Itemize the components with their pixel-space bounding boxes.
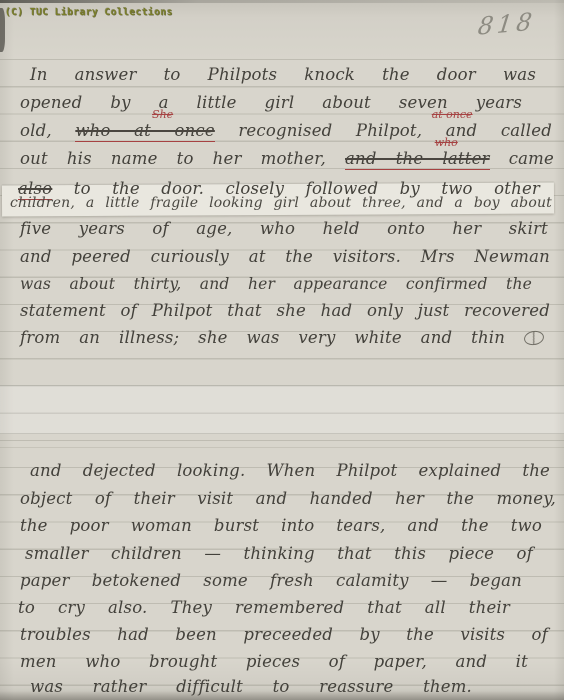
struck-through-text: and the latter: [345, 149, 490, 170]
manuscript-line: was about thirty, and her appearance con…: [20, 276, 532, 292]
handwritten-text: In answer to Philpots knock the door was: [30, 65, 536, 84]
handwritten-text: to cry also. They remembered that all th…: [18, 598, 510, 617]
manuscript-line: paper betokened some fresh calamity — be…: [20, 572, 522, 589]
handwritten-text: troubles had been preceeded by the visit…: [20, 625, 548, 644]
struck-through-text: who at once: [75, 121, 215, 142]
handwritten-text: men who brought pieces of paper, and it: [20, 652, 528, 671]
handwritten-text: the poor woman burst into tears, and the…: [20, 516, 542, 535]
manuscript-line: and peered curiously at the visitors. Mr…: [20, 248, 550, 265]
handwritten-text: and dejected looking. When Philpot expla…: [30, 461, 550, 480]
annotated-text: and the latterwho: [345, 149, 490, 168]
manuscript-line: smaller children — thinking that this pi…: [25, 545, 533, 562]
manuscript-line: old, who at onceShe recognised Philpot, …: [20, 122, 552, 139]
manuscript-page: (C) TUC Library Collections 818 In answe…: [0, 0, 564, 700]
red-insertion-struck: at once: [432, 109, 473, 120]
handwritten-text: was about thirty, and her appearance con…: [20, 275, 532, 293]
manuscript-line: and dejected looking. When Philpot expla…: [30, 462, 550, 479]
manuscript-line: from an illness; she was very white and …: [20, 329, 544, 346]
handwritten-text: statement of Philpot that she had only j…: [20, 301, 550, 320]
handwritten-text: old,: [20, 121, 52, 140]
handwritten-text: was rather difficult to reassure them.: [30, 677, 472, 696]
manuscript-line: object of their visit and handed her the…: [20, 490, 556, 507]
handwritten-text: children, a little fragile looking girl …: [10, 195, 552, 211]
circled-scribble-mark: [523, 329, 545, 346]
red-insertion-struck: She: [152, 109, 173, 120]
manuscript-line: five years of age, who held onto her ski…: [20, 220, 548, 237]
manuscript-line: the poor woman burst into tears, and the…: [20, 517, 542, 534]
handwritten-text: and peered curiously at the visitors. Mr…: [20, 247, 550, 266]
handwritten-text: recognised Philpot,: [238, 121, 422, 140]
manuscript-line: was rather difficult to reassure them.: [30, 678, 472, 695]
manuscript-line: to cry also. They remembered that all th…: [18, 599, 510, 616]
handwritten-text: paper betokened some fresh calamity — be…: [20, 571, 522, 590]
handwritten-text: five years of age, who held onto her ski…: [20, 219, 548, 238]
manuscript-line: troubles had been preceeded by the visit…: [20, 626, 548, 643]
manuscript-text: In answer to Philpots knock the door was…: [0, 0, 564, 700]
handwritten-text: smaller children — thinking that this pi…: [25, 544, 533, 563]
handwritten-text: out his name to her mother,: [20, 149, 326, 168]
manuscript-line: In answer to Philpots knock the door was: [30, 66, 536, 83]
manuscript-line: statement of Philpot that she had only j…: [20, 302, 550, 319]
handwritten-text: from an illness; she was very white and …: [20, 328, 505, 347]
handwritten-text: came: [509, 149, 554, 168]
handwritten-text: object of their visit and handed her the…: [20, 489, 556, 508]
manuscript-line: men who brought pieces of paper, and it: [20, 653, 528, 670]
red-insertion-struck: who: [435, 137, 458, 148]
manuscript-line: children, a little fragile looking girl …: [10, 196, 552, 211]
manuscript-line: out his name to her mother, and the latt…: [20, 150, 554, 167]
annotated-text: who at onceShe: [75, 121, 215, 140]
handwritten-text: called: [501, 121, 552, 140]
